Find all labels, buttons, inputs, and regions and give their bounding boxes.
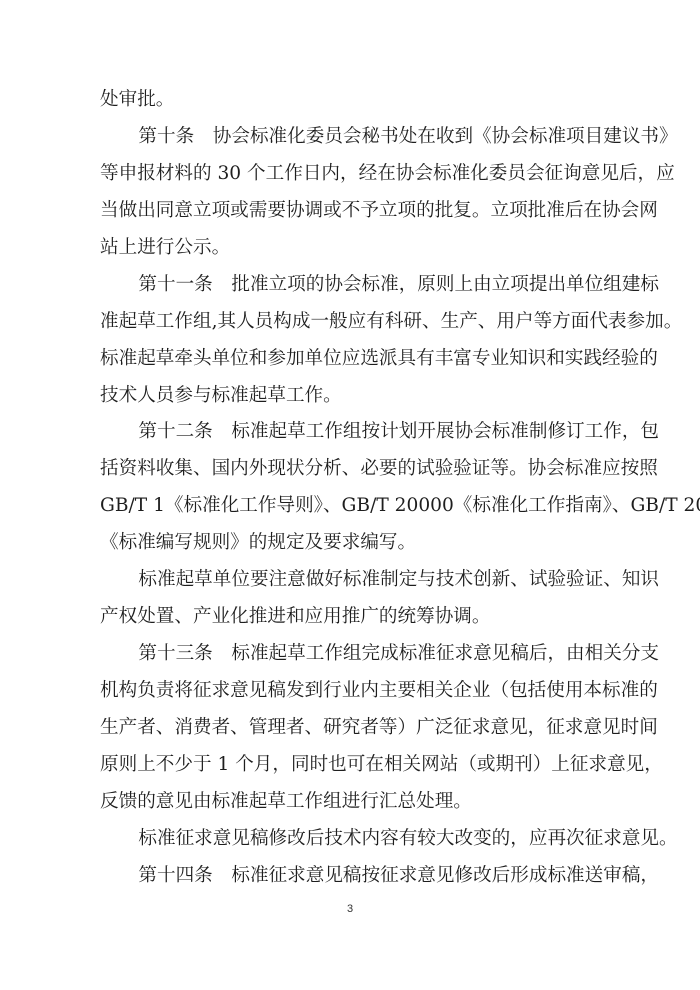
page-number: 3: [0, 903, 700, 915]
text-line: 等申报材料的 30 个工作日内，经在协会标准化委员会征询意见后，应: [100, 156, 600, 193]
text-line: 第十三条 标准起草工作组完成标准征求意见稿后，由相关分支: [100, 636, 600, 673]
text-line: 第十一条 批准立项的协会标准，原则上由立项提出单位组建标: [100, 267, 600, 304]
text-line: 技术人员参与标准起草工作。: [100, 378, 600, 415]
text-line: 准起草工作组,其人员构成一般应有科研、生产、用户等方面代表参加。: [100, 304, 600, 341]
text-line: 《标准编写规则》的规定及要求编写。: [100, 525, 600, 562]
text-line: 标准起草牵头单位和参加单位应选派具有丰富专业知识和实践经验的: [100, 341, 600, 378]
document-page: 处审批。 第十条 协会标准化委员会秘书处在收到《协会标准项目建议书》 等申报材料…: [0, 0, 700, 990]
text-line: 反馈的意见由标准起草工作组进行汇总处理。: [100, 784, 600, 821]
text-line: 标准征求意见稿修改后技术内容有较大改变的，应再次征求意见。: [100, 821, 600, 858]
text-line: 括资料收集、国内外现状分析、必要的试验验证等。协会标准应按照: [100, 451, 600, 488]
document-body: 处审批。 第十条 协会标准化委员会秘书处在收到《协会标准项目建议书》 等申报材料…: [100, 82, 600, 895]
text-line: 原则上不少于 1 个月，同时也可在相关网站（或期刊）上征求意见，: [100, 747, 600, 784]
text-line: 第十四条 标准征求意见稿按征求意见修改后形成标准送审稿，: [100, 858, 600, 895]
text-line: 产权处置、产业化推进和应用推广的统筹协调。: [100, 599, 600, 636]
text-line: GB/T 1《标准化工作导则》、GB/T 20000《标准化工作指南》、GB/T…: [100, 488, 600, 525]
text-line: 第十二条 标准起草工作组按计划开展协会标准制修订工作，包: [100, 414, 600, 451]
text-line: 当做出同意立项或需要协调或不予立项的批复。立项批准后在协会网: [100, 193, 600, 230]
text-line: 生产者、消费者、管理者、研究者等）广泛征求意见，征求意见时间: [100, 710, 600, 747]
text-line: 站上进行公示。: [100, 230, 600, 267]
text-line: 第十条 协会标准化委员会秘书处在收到《协会标准项目建议书》: [100, 119, 600, 156]
text-line: 处审批。: [100, 82, 600, 119]
text-line: 标准起草单位要注意做好标准制定与技术创新、试验验证、知识: [100, 562, 600, 599]
text-line: 机构负责将征求意见稿发到行业内主要相关企业（包括使用本标准的: [100, 673, 600, 710]
